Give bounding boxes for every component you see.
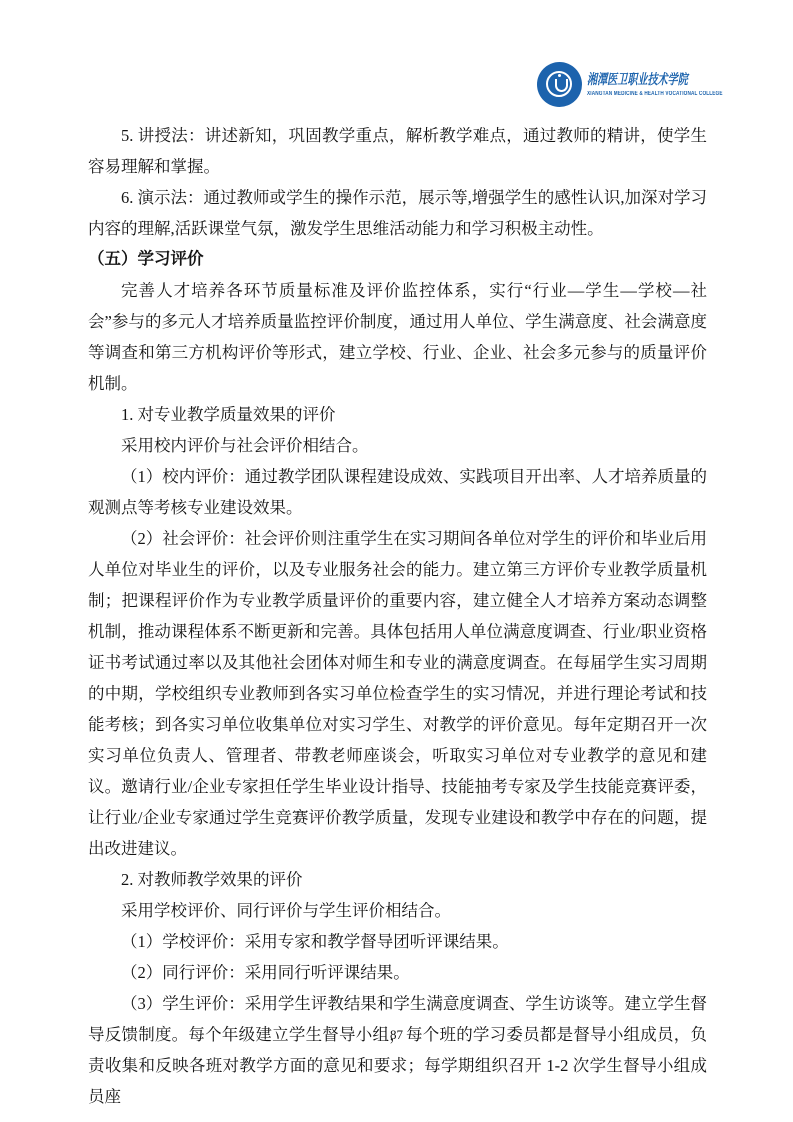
paragraph-teaching-method-6: 6. 演示法：通过教师或学生的操作示范，展示等,增强学生的感性认识,加深对学习内… (88, 182, 707, 244)
paragraph-student-evaluation: （3）学生评价：采用学生评教结果和学生满意度调查、学生访谈等。建立学生督导反馈制… (88, 988, 707, 1112)
college-seal-icon (537, 62, 582, 107)
document-page: 湘潭医卫职业技术学院 XIANGTAN MEDICINE & HEALTH VO… (0, 0, 793, 1122)
document-body: 5. 讲授法：讲述新知，巩固教学重点，解析教学难点，通过教师的精讲，使学生容易理… (88, 120, 707, 1112)
paragraph-teacher-approach: 采用学校评价、同行评价与学生评价相结合。 (88, 895, 707, 926)
page-number: 87 (0, 1026, 793, 1044)
college-name-block: 湘潭医卫职业技术学院 XIANGTAN MEDICINE & HEALTH VO… (587, 72, 761, 98)
college-logo: 湘潭医卫职业技术学院 XIANGTAN MEDICINE & HEALTH VO… (537, 62, 761, 107)
subheading-program-quality: 1. 对专业教学质量效果的评价 (88, 399, 707, 430)
subheading-teacher-quality: 2. 对教师教学效果的评价 (88, 864, 707, 895)
college-name-english: XIANGTAN MEDICINE & HEALTH VOCATIONAL CO… (587, 90, 723, 98)
seal-dot (558, 74, 561, 77)
section-heading-learning-evaluation: （五）学习评价 (88, 244, 707, 275)
paragraph-program-approach: 采用校内评价与社会评价相结合。 (88, 430, 707, 461)
paragraph-internal-evaluation: （1）校内评价：通过教学团队课程建设成效、实践项目开出率、人才培养质量的观测点等… (88, 461, 707, 523)
paragraph-social-evaluation: （2）社会评价：社会评价则注重学生在实习期间各单位对学生的评价和毕业后用人单位对… (88, 523, 707, 864)
seal-emblem-glyph (555, 79, 568, 92)
paragraph-peer-evaluation: （2）同行评价：采用同行听评课结果。 (88, 957, 707, 988)
paragraph-evaluation-overview: 完善人才培养各环节质量标准及评价监控体系，实行“行业—学生—学校—社会”参与的多… (88, 275, 707, 399)
paragraph-school-evaluation: （1）学校评价：采用专家和教学督导团听评课结果。 (88, 926, 707, 957)
college-name-chinese: 湘潭医卫职业技术学院 (587, 72, 712, 90)
paragraph-teaching-method-5: 5. 讲授法：讲述新知，巩固教学重点，解析教学难点，通过教师的精讲，使学生容易理… (88, 120, 707, 182)
